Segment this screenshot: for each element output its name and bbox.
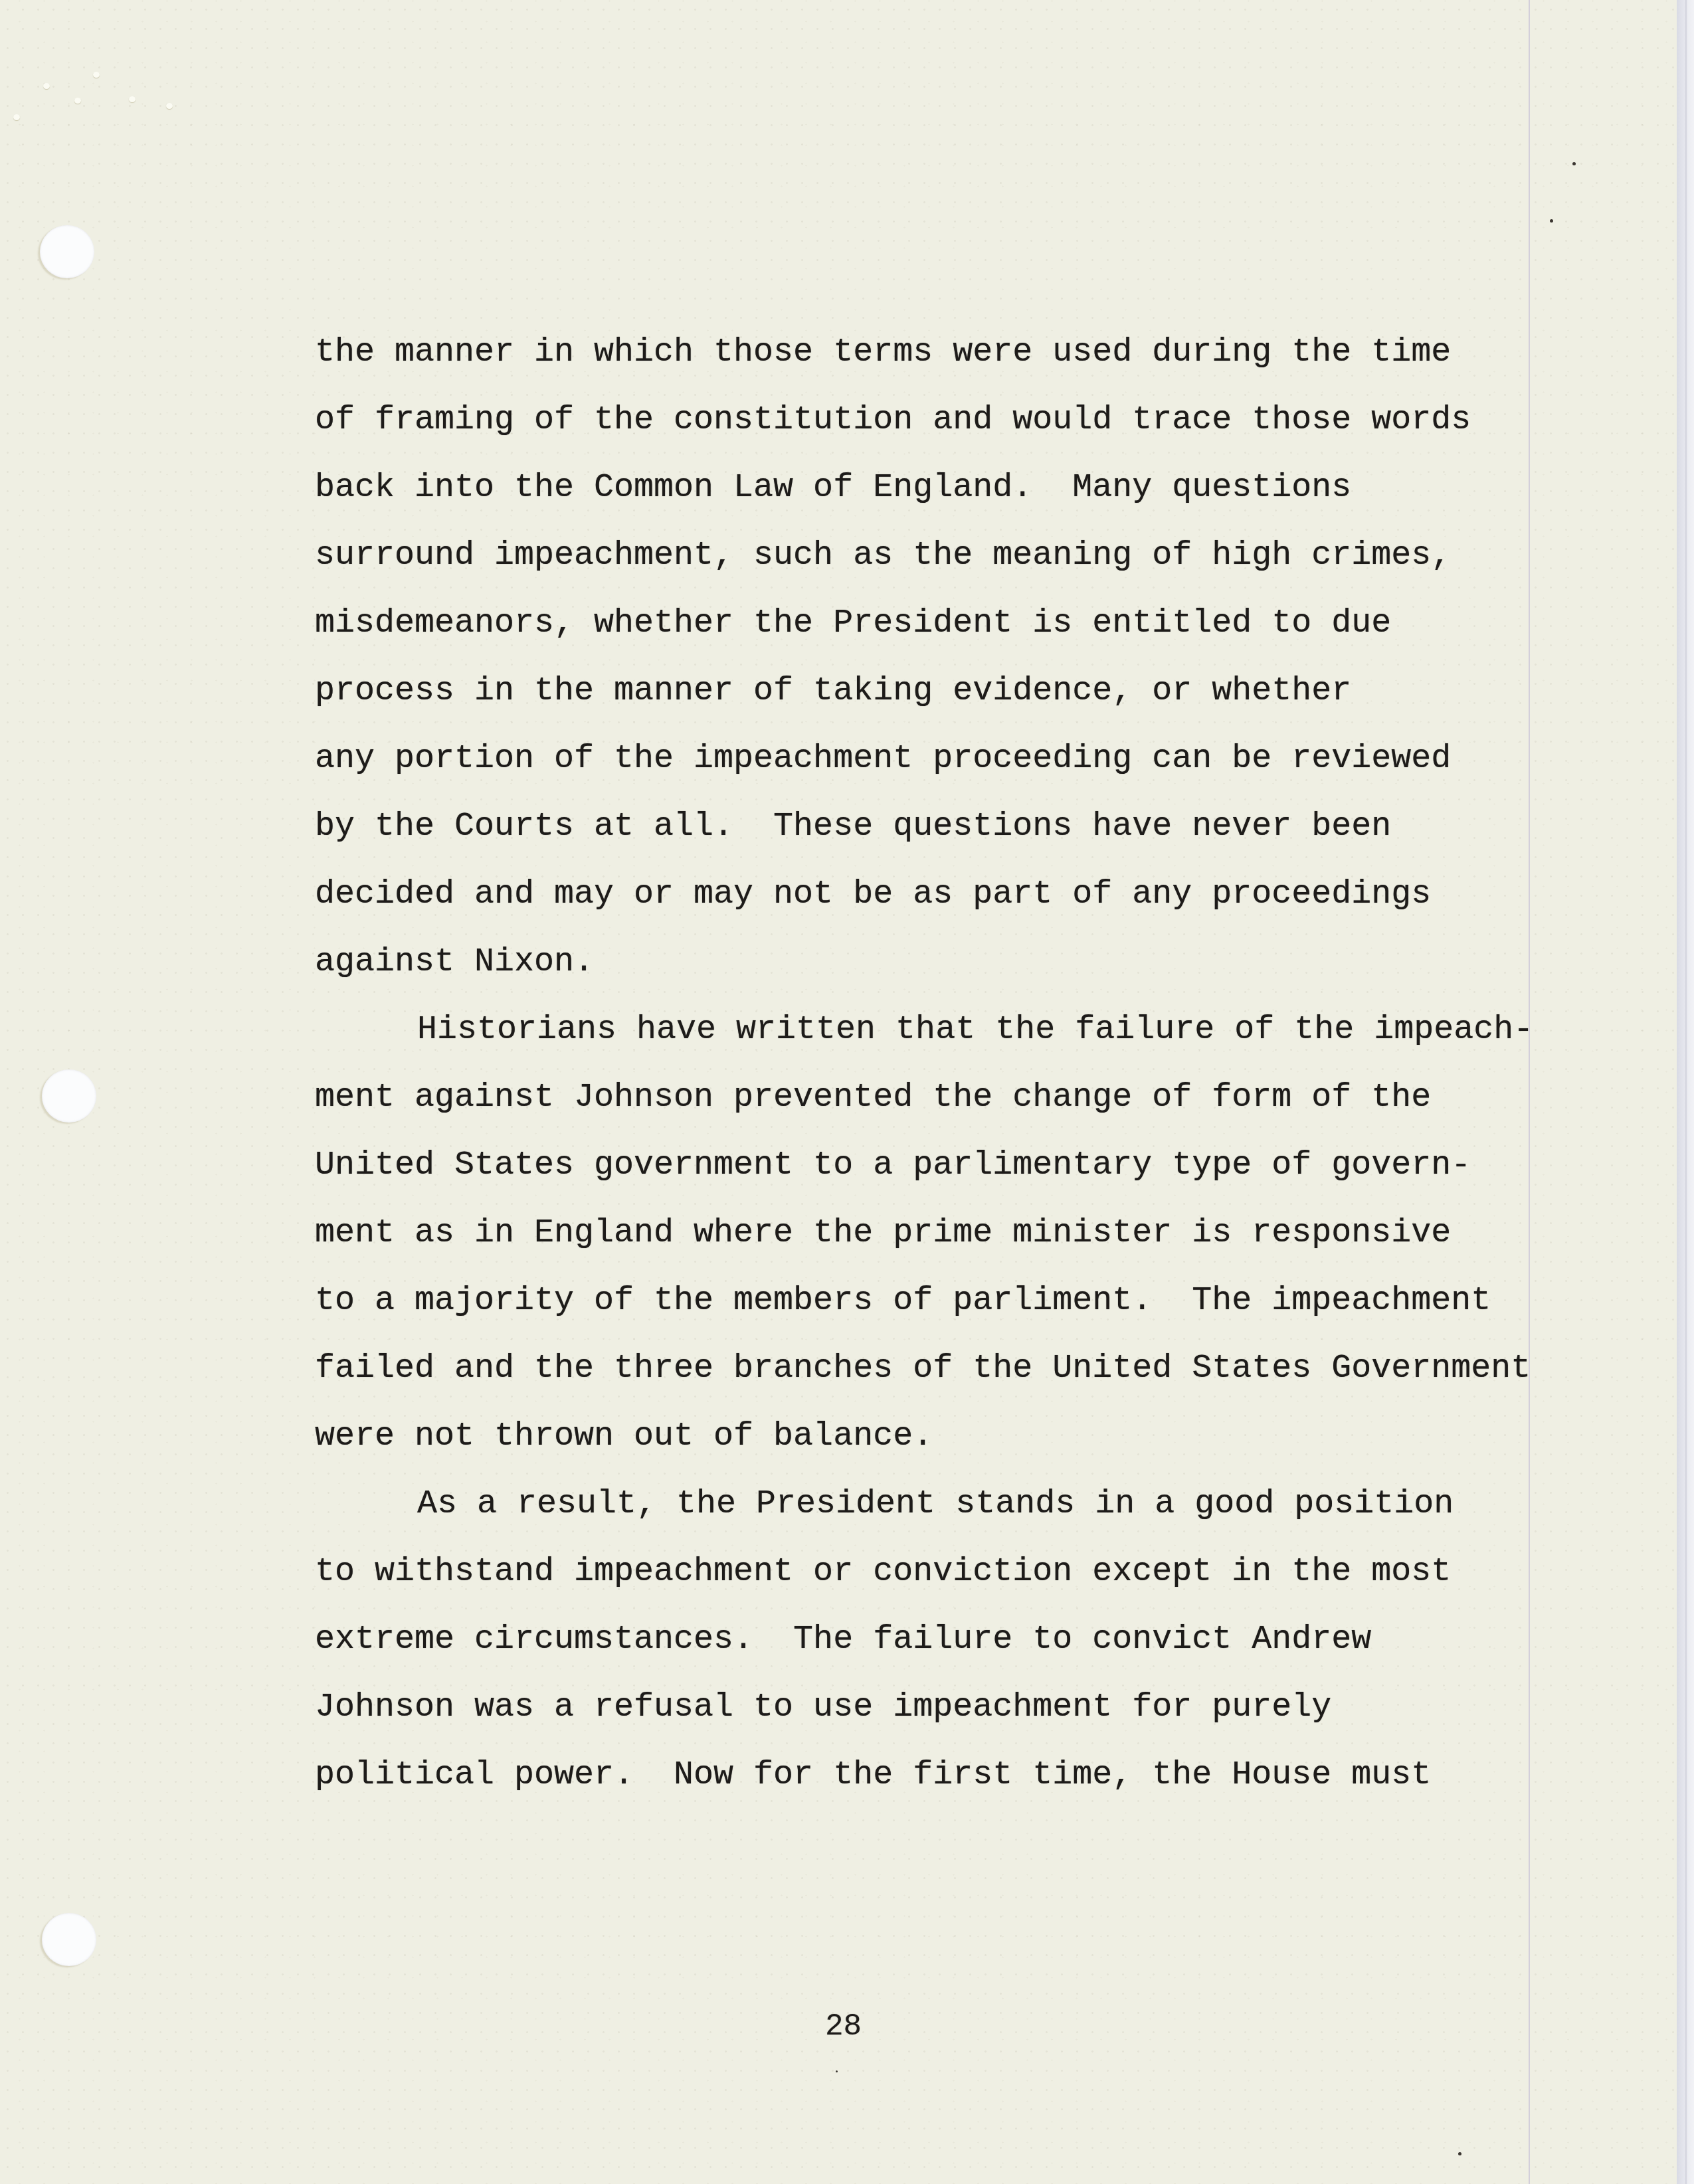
scan-border [1677,0,1694,2184]
text-line: political power. Now for the first time,… [315,1742,1577,1809]
ink-speck [1572,162,1576,165]
pin-hole [166,103,173,109]
text-line: Johnson was a refusal to use impeachment… [315,1674,1577,1742]
text-line: extreme circumstances. The failure to co… [315,1606,1577,1674]
ink-speck [1550,219,1553,223]
pin-hole [129,96,136,102]
text-line: by the Courts at all. These questions ha… [315,793,1577,861]
paragraph-start-line: Historians have written that the failure… [315,996,1577,1064]
text-line: process in the manner of taking evidence… [315,658,1577,725]
ink-speck [1458,2152,1461,2155]
text-line: United States government to a parlimenta… [315,1132,1577,1200]
text-line: to withstand impeachment or conviction e… [315,1538,1577,1606]
pin-hole [93,72,100,78]
text-line: the manner in which those terms were use… [315,319,1577,387]
text-line: any portion of the impeachment proceedin… [315,725,1577,793]
punch-hole-bottom [42,1913,96,1966]
ink-speck [836,2070,838,2072]
document-body: the manner in which those terms were use… [315,319,1577,1809]
page-number: 28 [825,2009,862,2044]
document-page: the manner in which those terms were use… [0,0,1677,2184]
text-line: back into the Common Law of England. Man… [315,454,1577,522]
pin-hole [13,114,20,120]
text-line: decided and may or may not be as part of… [315,861,1577,929]
paragraph-start-line: As a result, the President stands in a g… [315,1471,1577,1538]
text-line: of framing of the constitution and would… [315,387,1577,454]
text-line: misdemeanors, whether the President is e… [315,590,1577,658]
text-line: surround impeachment, such as the meanin… [315,522,1577,590]
text-line: failed and the three branches of the Uni… [315,1335,1577,1403]
text-line: ment as in England where the prime minis… [315,1200,1577,1267]
text-line: to a majority of the members of parlimen… [315,1267,1577,1335]
punch-hole-middle [42,1069,96,1123]
text-line: ment against Johnson prevented the chang… [315,1064,1577,1132]
pin-hole [74,98,81,104]
punch-hole-top [40,225,94,278]
text-line: against Nixon. [315,929,1577,996]
text-line: were not thrown out of balance. [315,1403,1577,1471]
pin-hole [43,83,50,89]
